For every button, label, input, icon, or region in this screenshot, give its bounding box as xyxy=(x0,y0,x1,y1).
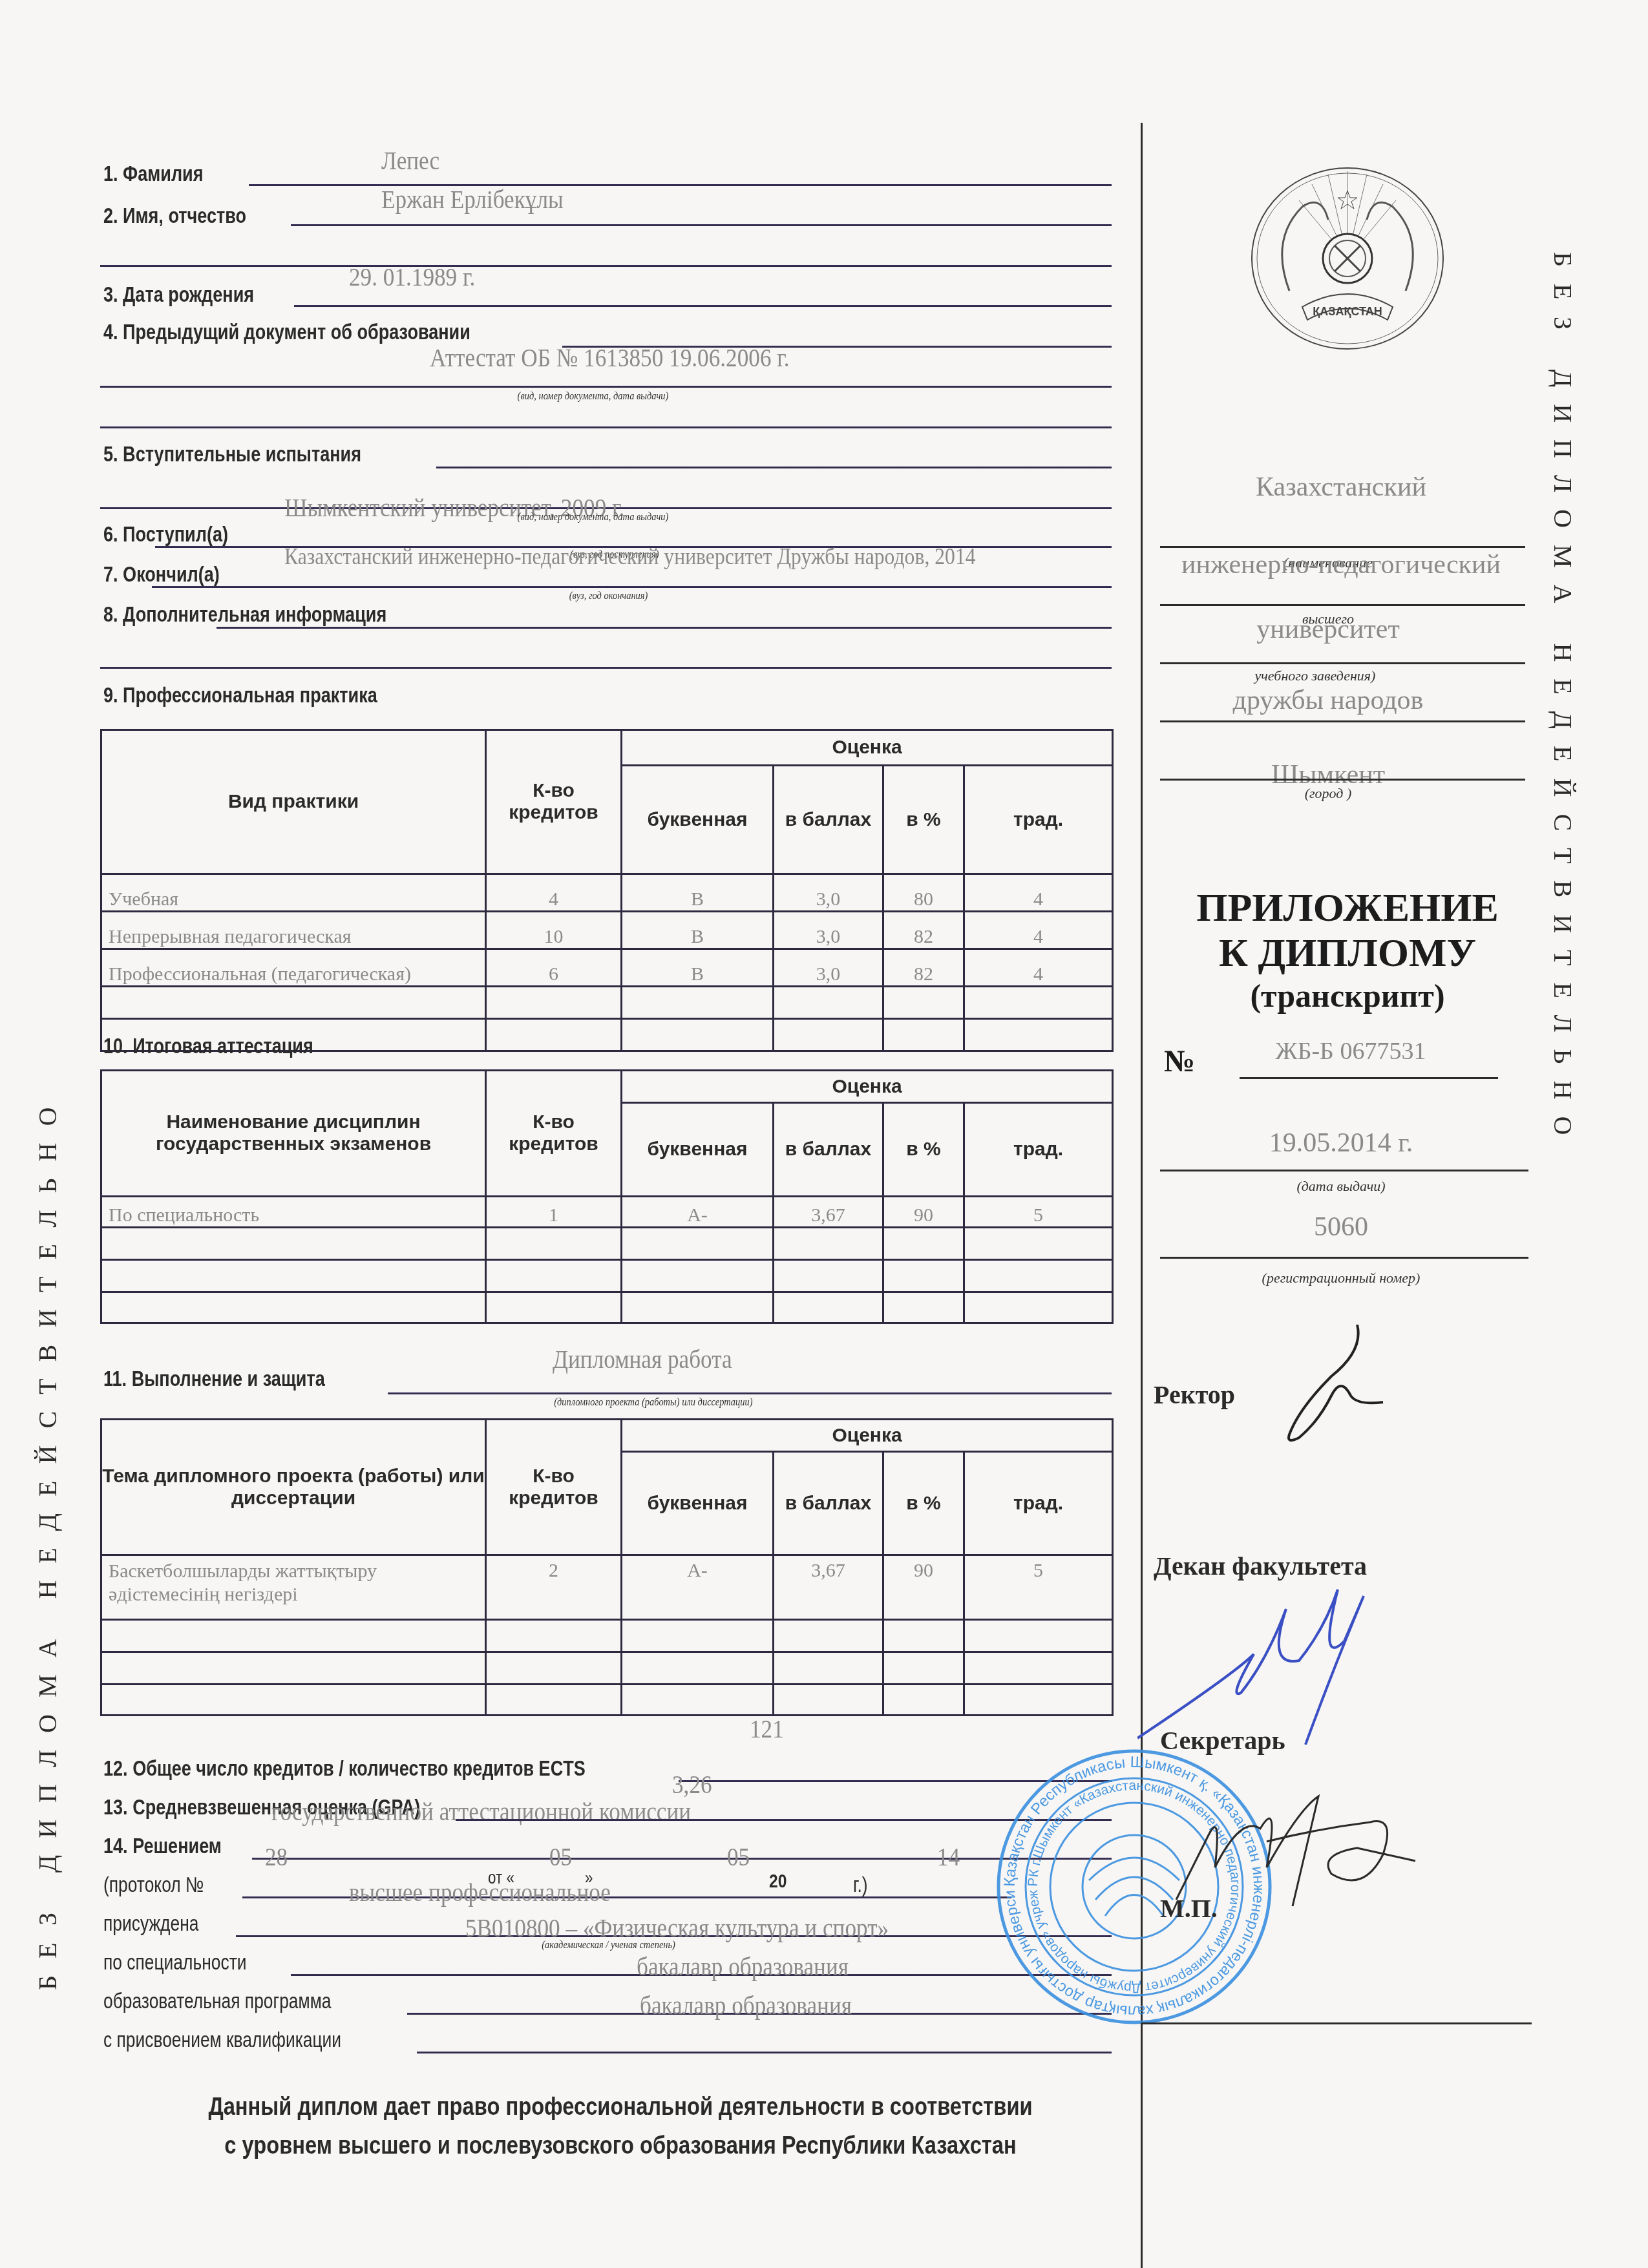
final-attestation-title: 10. Итоговая аттестация xyxy=(103,1034,313,1058)
header-credits: К-во кредитов xyxy=(486,1071,622,1197)
label-decision: 14. Решением xyxy=(103,1834,222,1858)
r-line-city xyxy=(1160,779,1525,781)
r-line-bottom xyxy=(1141,2022,1532,2024)
cell-credits: 10 xyxy=(486,912,622,949)
cell-percent: 80 xyxy=(883,874,964,912)
cell-percent: 90 xyxy=(883,1197,964,1228)
cell-credits: 2 xyxy=(486,1555,622,1620)
line-additional xyxy=(217,627,1112,629)
header-letter: буквенная xyxy=(622,766,774,874)
header-grade: Оценка xyxy=(622,1420,1113,1452)
line-surname xyxy=(249,184,1112,186)
cell-letter: A- xyxy=(622,1555,774,1620)
cell-name: Профессиональная (педагогическая) xyxy=(101,949,486,987)
r-line-issue-date xyxy=(1160,1170,1528,1171)
label-name: 2. Имя, отчество xyxy=(103,204,246,228)
cell-credits: 1 xyxy=(486,1197,622,1228)
institution-line-4: дружбы народов xyxy=(1137,685,1519,716)
line-entrance xyxy=(436,467,1112,468)
cell-points: 3,67 xyxy=(774,1555,883,1620)
line-name-2 xyxy=(100,265,1112,267)
header-trad: трад. xyxy=(964,766,1113,874)
label-birth-date: 3. Дата рождения xyxy=(103,282,254,307)
value-awarded: высшее профессиональное xyxy=(349,1877,611,1907)
label-awarded: присуждена xyxy=(103,1911,198,1936)
rector-signature-icon xyxy=(1260,1325,1402,1447)
cell-credits: 6 xyxy=(486,949,622,987)
header-discipline: Наименование дисциплин государственных э… xyxy=(101,1071,486,1197)
doc-title-2: К ДИПЛОМУ xyxy=(1147,930,1548,976)
header-grade: Оценка xyxy=(622,730,1113,766)
header-credits: К-во кредитов xyxy=(486,1420,622,1555)
cell-points: 3,0 xyxy=(774,912,883,949)
hint-awarded: (академическая / ученая степень) xyxy=(542,1938,675,1951)
rector-label: Ректор xyxy=(1154,1380,1235,1410)
r-line-4 xyxy=(1160,720,1525,722)
header-percent: в % xyxy=(883,1452,964,1555)
line-qualification xyxy=(417,2052,1112,2053)
line-prev-doc-3 xyxy=(100,426,1112,428)
cell-points: 3,0 xyxy=(774,949,883,987)
value-prev-doc: Аттестат ОБ № 1613850 19.06.2006 г. xyxy=(430,342,790,373)
protocol-month: 05 xyxy=(727,1842,750,1872)
label-graduated: 7. Окончил(а) xyxy=(103,562,220,587)
cell-percent: 82 xyxy=(883,949,964,987)
dean-signature-icon xyxy=(1137,1577,1396,1745)
table-row: По специальность 1 A- 3,67 90 5 xyxy=(101,1197,1113,1228)
protocol-day: 05 xyxy=(549,1842,572,1872)
footer-line-2: с уровнем высшего и послевузовского обра… xyxy=(176,2132,1065,2160)
value-program: бакалавр образования xyxy=(637,1951,849,1982)
practice-table: Вид практики К-во кредитов Оценка буквен… xyxy=(100,729,1114,1052)
line-graduated xyxy=(152,586,1112,588)
protocol-year-prefix: 20 xyxy=(769,1871,787,1893)
cell-credits: 4 xyxy=(486,874,622,912)
table-row: Профессиональная (педагогическая) 6 B 3,… xyxy=(101,949,1113,987)
reg-number: 5060 xyxy=(1150,1212,1532,1243)
label-surname: 1. Фамилия xyxy=(103,162,204,186)
institution-line-1: Казахстанский xyxy=(1150,472,1532,503)
hint-city: (город ) xyxy=(1137,785,1519,802)
final-attestation-table: Наименование дисциплин государственных э… xyxy=(100,1069,1114,1324)
cell-name: Непрерывная педагогическая xyxy=(101,912,486,949)
value-qualification: бакалавр образования xyxy=(640,1990,852,2021)
institution-line-2: инженерно-педагогический xyxy=(1150,549,1532,580)
table-row xyxy=(101,1228,1113,1260)
table-row xyxy=(101,1620,1113,1652)
line-protocol-year xyxy=(805,1896,843,1898)
practice-title: 9. Профессиональная практика xyxy=(103,683,377,708)
seal-place-label: М.П. xyxy=(1160,1893,1218,1924)
secretary-signature-icon xyxy=(1150,1770,1422,1913)
label-prev-doc: 4. Предыдущий документ об образовании xyxy=(103,320,470,344)
cell-trad: 5 xyxy=(964,1197,1113,1228)
header-thesis-topic: Тема дипломного проекта (работы) или дис… xyxy=(101,1420,486,1555)
header-practice-type: Вид практики xyxy=(101,730,486,874)
cell-trad: 4 xyxy=(964,874,1113,912)
hint-reg-number: (регистрационный номер) xyxy=(1150,1270,1532,1286)
label-total-credits: 12. Общее число кредитов / количество кр… xyxy=(103,1756,586,1781)
table-row: Баскетболшыларды жаттықтыру әдістемесіні… xyxy=(101,1555,1113,1620)
table-row xyxy=(101,1292,1113,1323)
line-birth-date xyxy=(294,305,1112,307)
value-surname: Лепес xyxy=(381,145,439,176)
label-qualification: с присвоением квалификации xyxy=(103,2028,341,2052)
side-text-right: БЕЗ ДИПЛОМА НЕДЕЙСТВИТЕЛЬНО xyxy=(1548,252,1578,1997)
issue-date: 19.05.2014 г. xyxy=(1150,1128,1532,1159)
line-prev-doc-2 xyxy=(100,386,1112,388)
doc-title-3: (транскрипт) xyxy=(1147,977,1548,1014)
value-birth-date: 29. 01.1989 г. xyxy=(349,262,475,292)
cell-percent: 90 xyxy=(883,1555,964,1620)
value-name: Ержан Ерлібекұлы xyxy=(381,184,564,215)
r-line-number xyxy=(1240,1077,1498,1079)
cell-letter: B xyxy=(622,949,774,987)
thesis-title: 11. Выполнение и защита xyxy=(103,1367,325,1391)
cell-name: По специальность xyxy=(101,1197,486,1228)
header-trad: трад. xyxy=(964,1452,1113,1555)
header-grade: Оценка xyxy=(622,1071,1113,1103)
hint-prev-doc: (вид, номер документа, дата выдачи) xyxy=(518,390,669,403)
value-gpa: 3,26 xyxy=(672,1769,712,1800)
value-specialty: 5B010800 – «Физическая культура и спорт» xyxy=(465,1913,889,1943)
hint-institution-3: учебного заведения) xyxy=(1125,667,1506,684)
table-row: Непрерывная педагогическая 10 B 3,0 82 4 xyxy=(101,912,1113,949)
table-row xyxy=(101,1685,1113,1716)
header-trad: трад. xyxy=(964,1103,1113,1197)
emblem-text: ҚАЗАҚСТАН xyxy=(1313,305,1382,318)
table-row: Учебная 4 B 3,0 80 4 xyxy=(101,874,1113,912)
label-specialty: по специальности xyxy=(103,1950,247,1975)
institution-line-3: университет xyxy=(1137,614,1519,645)
cell-letter: A- xyxy=(622,1197,774,1228)
line-additional-2 xyxy=(100,667,1112,669)
header-percent: в % xyxy=(883,1103,964,1197)
cell-name: Учебная xyxy=(101,874,486,912)
cell-letter: B xyxy=(622,912,774,949)
transcript-number: ЖБ-Б 0677531 xyxy=(1189,1037,1512,1066)
line-thesis xyxy=(388,1392,1112,1394)
header-letter: буквенная xyxy=(622,1103,774,1197)
value-thesis: Дипломная работа xyxy=(553,1344,732,1374)
protocol-year: 14 xyxy=(937,1842,960,1872)
table-row xyxy=(101,1652,1113,1685)
line-name xyxy=(291,224,1112,226)
cell-trad: 4 xyxy=(964,912,1113,949)
protocol-number: 28 xyxy=(265,1842,288,1872)
r-line-1 xyxy=(1160,546,1525,548)
label-protocol: (протокол № xyxy=(103,1873,204,1897)
cell-trad: 4 xyxy=(964,949,1113,987)
thesis-table: Тема дипломного проекта (работы) или дис… xyxy=(100,1418,1114,1716)
header-points: в баллах xyxy=(774,1103,883,1197)
hint-entrance: (вид, номер документа, дата выдачи) xyxy=(518,510,669,523)
protocol-end: г.) xyxy=(853,1873,868,1897)
kazakhstan-emblem-icon: ҚАЗАҚСТАН xyxy=(1251,162,1444,355)
side-text-left: БЕЗ ДИПЛОМА НЕДЕЙСТВИТЕЛЬНО xyxy=(32,246,63,1990)
cell-points: 3,67 xyxy=(774,1197,883,1228)
cell-percent: 82 xyxy=(883,912,964,949)
label-entered: 6. Поступил(а) xyxy=(103,522,228,547)
value-total-credits: 121 xyxy=(750,1714,784,1744)
r-line-reg-number xyxy=(1160,1257,1528,1259)
header-points: в баллах xyxy=(774,766,883,874)
header-percent: в % xyxy=(883,766,964,874)
cell-trad: 5 xyxy=(964,1555,1113,1620)
header-credits: К-во кредитов xyxy=(486,730,622,874)
table-row xyxy=(101,1260,1113,1292)
r-line-2 xyxy=(1160,604,1525,606)
value-decision: государственной аттестационной комиссии xyxy=(271,1796,691,1827)
label-program: образовательная программа xyxy=(103,1989,331,2013)
hint-issue-date: (дата выдачи) xyxy=(1150,1178,1532,1195)
r-line-3 xyxy=(1160,662,1525,664)
hint-thesis: (дипломного проекта (работы) или диссерт… xyxy=(554,1396,752,1409)
cell-letter: B xyxy=(622,874,774,912)
line-decision xyxy=(252,1858,1112,1860)
footer-line-1: Данный диплом дает право профессионально… xyxy=(176,2094,1065,2121)
header-points: в баллах xyxy=(774,1452,883,1555)
label-entrance: 5. Вступительные испытания xyxy=(103,442,361,467)
cell-name: Баскетболшыларды жаттықтыру әдістемесіні… xyxy=(101,1555,486,1620)
value-graduated: Казахстанский инженерно-педагогический у… xyxy=(284,543,976,570)
cell-points: 3,0 xyxy=(774,874,883,912)
header-letter: буквенная xyxy=(622,1452,774,1555)
hint-graduated: (вуз, год окончания) xyxy=(569,589,648,602)
doc-title-1: ПРИЛОЖЕНИЕ xyxy=(1147,885,1548,931)
table-row xyxy=(101,987,1113,1019)
label-additional: 8. Дополнительная информация xyxy=(103,602,386,627)
